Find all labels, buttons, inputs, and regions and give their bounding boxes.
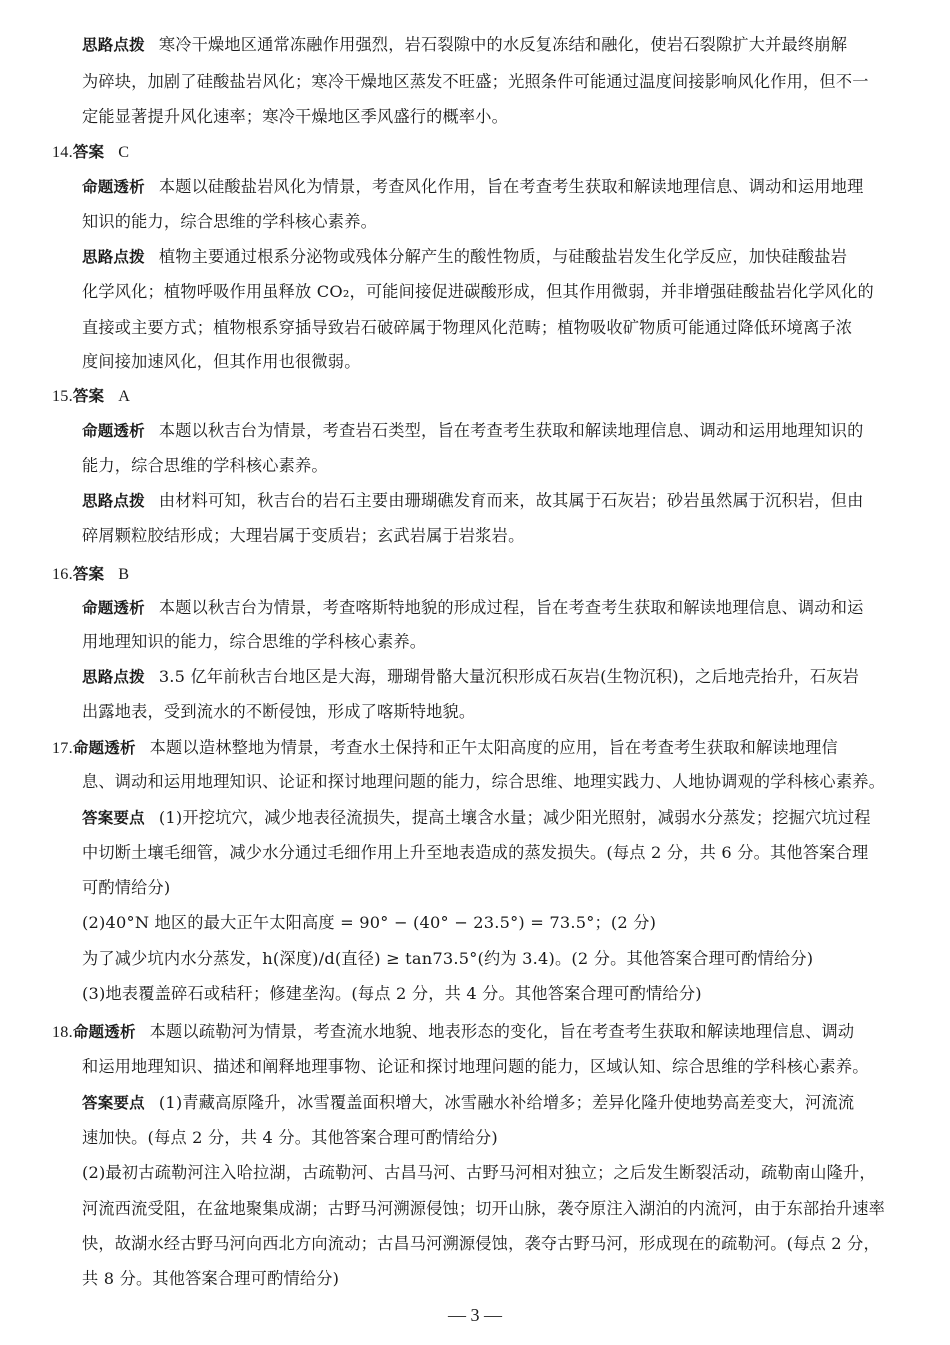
- q17-key-line-6: (3)地表覆盖碎石或秸秆；修建垄沟。(每点 2 分，共 4 分。其他答案合理可酌…: [82, 984, 702, 1004]
- key-points-text: 可酌情给分): [82, 878, 170, 897]
- q14-analysis-line-2: 知识的能力，综合思维的学科核心素养。: [82, 212, 377, 232]
- q17-key-line-4: (2)40°N 地区的最大正午太阳高度 = 90° − (40° − 23.5°…: [82, 913, 656, 933]
- analysis-text: 知识的能力，综合思维的学科核心素养。: [82, 212, 377, 231]
- page-number: — 3 —: [0, 1305, 950, 1326]
- q14-hint-line-4: 度间接加速风化，但其作用也很微弱。: [82, 352, 361, 372]
- answer-value: B: [118, 565, 129, 583]
- key-points-text: (2)最初古疏勒河注入哈拉湖，古疏勒河、古昌马河、古野马河相对独立；之后发生断裂…: [82, 1163, 876, 1182]
- q15-hint-line-1: 思路点拨由材料可知，秋吉台的岩石主要由珊瑚礁发育而来，故其属于石灰岩；砂岩虽然属…: [82, 491, 863, 511]
- q13-hint-line-2: 为碎块，加剧了硅酸盐岩风化；寒冷干燥地区蒸发不旺盛；光照条件可能通过温度间接影响…: [82, 72, 869, 92]
- key-points-label: 答案要点: [82, 809, 145, 827]
- analysis-text: 本题以秋吉台为情景，考查喀斯特地貌的形成过程，旨在考查考生获取和解读地理信息、调…: [159, 598, 864, 617]
- q18-key-line-1: 答案要点(1)青藏高原隆升，冰雪覆盖面积增大，冰雪融水补给增多；差异化隆升使地势…: [82, 1093, 854, 1113]
- q17-analysis-line-2: 息、调动和运用地理知识、论证和探讨地理问题的能力，综合思维、地理实践力、人地协调…: [82, 772, 885, 792]
- hint-text: 为碎块，加剧了硅酸盐岩风化；寒冷干燥地区蒸发不旺盛；光照条件可能通过温度间接影响…: [82, 72, 869, 91]
- q16-analysis-line-2: 用地理知识的能力，综合思维的学科核心素养。: [82, 632, 426, 652]
- hint-text: 定能显著提升风化速率；寒冷干燥地区季风盛行的概率小。: [82, 107, 508, 126]
- q16-analysis-line-1: 命题透析本题以秋吉台为情景，考查喀斯特地貌的形成过程，旨在考查考生获取和解读地理…: [82, 598, 863, 618]
- question-number: 15.: [52, 387, 73, 405]
- q17-key-line-3: 可酌情给分): [82, 878, 170, 898]
- hint-label: 思路点拨: [82, 36, 145, 54]
- q16-answer-line: 16.答案B: [52, 564, 129, 584]
- question-number: 14.: [52, 143, 73, 161]
- hint-label: 思路点拨: [82, 668, 145, 686]
- key-points-text: (2)40°N 地区的最大正午太阳高度 = 90° − (40° − 23.5°…: [82, 913, 656, 932]
- analysis-text: 本题以造林整地为情景，考查水土保持和正午太阳高度的应用，旨在考查考生获取和解读地…: [150, 738, 838, 757]
- hint-label: 思路点拨: [82, 492, 145, 510]
- key-points-text: (1)开挖坑穴，减少地表径流损失，提高土壤含水量；减少阳光照射，减弱水分蒸发；挖…: [159, 808, 871, 827]
- q17-key-line-1: 答案要点(1)开挖坑穴，减少地表径流损失，提高土壤含水量；减少阳光照射，减弱水分…: [82, 808, 871, 828]
- analysis-text: 本题以秋吉台为情景，考查岩石类型，旨在考查考生获取和解读地理信息、调动和运用地理…: [159, 421, 864, 440]
- analysis-label: 命题透析: [82, 599, 145, 617]
- hint-text: 出露地表，受到流水的不断侵蚀，形成了喀斯特地貌。: [82, 702, 475, 721]
- q15-analysis-line-2: 能力，综合思维的学科核心素养。: [82, 456, 328, 476]
- analysis-label: 命题透析: [73, 1023, 136, 1041]
- q13-hint-line-1: 思路点拨寒冷干燥地区通常冻融作用强烈，岩石裂隙中的水反复冻结和融化，使岩石裂隙扩…: [82, 35, 847, 55]
- q17-key-line-2: 中切断土壤毛细管，减少水分通过毛细作用上升至地表造成的蒸发损失。(每点 2 分，…: [82, 843, 868, 863]
- answer-label: 答案: [73, 565, 104, 583]
- q16-hint-line-1: 思路点拨3.5 亿年前秋吉台地区是大海，珊瑚骨骼大量沉积形成石灰岩(生物沉积)，…: [82, 667, 859, 687]
- q17-key-line-5: 为了减少坑内水分蒸发，h(深度)/d(直径) ≥ tan73.5°(约为 3.4…: [82, 949, 813, 969]
- q14-analysis-line-1: 命题透析本题以硅酸盐岩风化为情景，考查风化作用，旨在考查考生获取和解读地理信息、…: [82, 177, 863, 197]
- key-points-text: 快，故湖水经古野马河向西北方向流动；古昌马河溯源侵蚀，袭夺古野马河，形成现在的疏…: [82, 1234, 880, 1253]
- analysis-text: 和运用地理知识、描述和阐释地理事物、论证和探讨地理问题的能力，区域认知、综合思维…: [82, 1057, 869, 1076]
- answer-label: 答案: [73, 143, 104, 161]
- q18-analysis-line-2: 和运用地理知识、描述和阐释地理事物、论证和探讨地理问题的能力，区域认知、综合思维…: [82, 1057, 869, 1077]
- question-number: 17.: [52, 739, 73, 757]
- analysis-text: 本题以硅酸盐岩风化为情景，考查风化作用，旨在考查考生获取和解读地理信息、调动和运…: [159, 177, 864, 196]
- answer-key-page: 思路点拨寒冷干燥地区通常冻融作用强烈，岩石裂隙中的水反复冻结和融化，使岩石裂隙扩…: [0, 0, 950, 1345]
- analysis-text: 能力，综合思维的学科核心素养。: [82, 456, 328, 475]
- q18-key-line-4: 河流西流受阻，在盆地聚集成湖；古野马河溯源侵蚀；切开山脉，袭夺原注入湖泊的内流河…: [82, 1199, 885, 1219]
- hint-label: 思路点拨: [82, 248, 145, 266]
- analysis-text: 用地理知识的能力，综合思维的学科核心素养。: [82, 632, 426, 651]
- key-points-text: 共 8 分。其他答案合理可酌情给分): [82, 1269, 339, 1288]
- key-points-text: 河流西流受阻，在盆地聚集成湖；古野马河溯源侵蚀；切开山脉，袭夺原注入湖泊的内流河…: [82, 1199, 885, 1218]
- answer-value: A: [118, 387, 130, 405]
- hint-text: 3.5 亿年前秋吉台地区是大海，珊瑚骨骼大量沉积形成石灰岩(生物沉积)，之后地壳…: [159, 667, 859, 686]
- key-points-label: 答案要点: [82, 1094, 145, 1112]
- q14-answer-line: 14.答案C: [52, 142, 129, 162]
- q18-key-line-5: 快，故湖水经古野马河向西北方向流动；古昌马河溯源侵蚀，袭夺古野马河，形成现在的疏…: [82, 1234, 880, 1254]
- q18-key-line-2: 速加快。(每点 2 分，共 4 分。其他答案合理可酌情给分): [82, 1128, 498, 1148]
- q13-hint-line-3: 定能显著提升风化速率；寒冷干燥地区季风盛行的概率小。: [82, 107, 508, 127]
- q18-key-line-6: 共 8 分。其他答案合理可酌情给分): [82, 1269, 339, 1289]
- hint-text: 度间接加速风化，但其作用也很微弱。: [82, 352, 361, 371]
- key-points-text: (1)青藏高原隆升，冰雪覆盖面积增大，冰雪融水补给增多；差异化隆升使地势高差变大…: [159, 1093, 854, 1112]
- answer-value: C: [118, 143, 129, 161]
- q14-hint-line-1: 思路点拨植物主要通过根系分泌物或残体分解产生的酸性物质，与硅酸盐岩发生化学反应，…: [82, 247, 847, 267]
- analysis-label: 命题透析: [82, 422, 145, 440]
- q14-hint-line-3: 直接或主要方式；植物根系穿插导致岩石破碎属于物理风化范畴；植物吸收矿物质可能通过…: [82, 318, 852, 338]
- q15-hint-line-2: 碎屑颗粒胶结形成；大理岩属于变质岩；玄武岩属于岩浆岩。: [82, 526, 524, 546]
- analysis-label: 命题透析: [82, 178, 145, 196]
- q17-analysis-line-1: 17.命题透析本题以造林整地为情景，考查水土保持和正午太阳高度的应用，旨在考查考…: [52, 738, 838, 758]
- q18-key-line-3: (2)最初古疏勒河注入哈拉湖，古疏勒河、古昌马河、古野马河相对独立；之后发生断裂…: [82, 1163, 876, 1183]
- key-points-text: 速加快。(每点 2 分，共 4 分。其他答案合理可酌情给分): [82, 1128, 498, 1147]
- hint-text: 碎屑颗粒胶结形成；大理岩属于变质岩；玄武岩属于岩浆岩。: [82, 526, 524, 545]
- q15-analysis-line-1: 命题透析本题以秋吉台为情景，考查岩石类型，旨在考查考生获取和解读地理信息、调动和…: [82, 421, 863, 441]
- hint-text: 化学风化；植物呼吸作用虽释放 CO₂，可能间接促进碳酸形成，但其作用微弱，并非增…: [82, 282, 874, 301]
- q14-hint-line-2: 化学风化；植物呼吸作用虽释放 CO₂，可能间接促进碳酸形成，但其作用微弱，并非增…: [82, 282, 874, 302]
- analysis-text: 本题以疏勒河为情景，考查流水地貌、地表形态的变化，旨在考查考生获取和解读地理信息…: [150, 1022, 855, 1041]
- hint-text: 植物主要通过根系分泌物或残体分解产生的酸性物质，与硅酸盐岩发生化学反应，加快硅酸…: [159, 247, 847, 266]
- q15-answer-line: 15.答案A: [52, 386, 130, 406]
- hint-text: 寒冷干燥地区通常冻融作用强烈，岩石裂隙中的水反复冻结和融化，使岩石裂隙扩大并最终…: [159, 35, 847, 54]
- question-number: 18.: [52, 1023, 73, 1041]
- key-points-text: 为了减少坑内水分蒸发，h(深度)/d(直径) ≥ tan73.5°(约为 3.4…: [82, 949, 813, 968]
- hint-text: 直接或主要方式；植物根系穿插导致岩石破碎属于物理风化范畴；植物吸收矿物质可能通过…: [82, 318, 852, 337]
- analysis-label: 命题透析: [73, 739, 136, 757]
- q16-hint-line-2: 出露地表，受到流水的不断侵蚀，形成了喀斯特地貌。: [82, 702, 475, 722]
- key-points-text: 中切断土壤毛细管，减少水分通过毛细作用上升至地表造成的蒸发损失。(每点 2 分，…: [82, 843, 868, 862]
- hint-text: 由材料可知，秋吉台的岩石主要由珊瑚礁发育而来，故其属于石灰岩；砂岩虽然属于沉积岩…: [159, 491, 864, 510]
- analysis-text: 息、调动和运用地理知识、论证和探讨地理问题的能力，综合思维、地理实践力、人地协调…: [82, 772, 885, 791]
- question-number: 16.: [52, 565, 73, 583]
- answer-label: 答案: [73, 387, 104, 405]
- key-points-text: (3)地表覆盖碎石或秸秆；修建垄沟。(每点 2 分，共 4 分。其他答案合理可酌…: [82, 984, 702, 1003]
- q18-analysis-line-1: 18.命题透析本题以疏勒河为情景，考查流水地貌、地表形态的变化，旨在考查考生获取…: [52, 1022, 854, 1042]
